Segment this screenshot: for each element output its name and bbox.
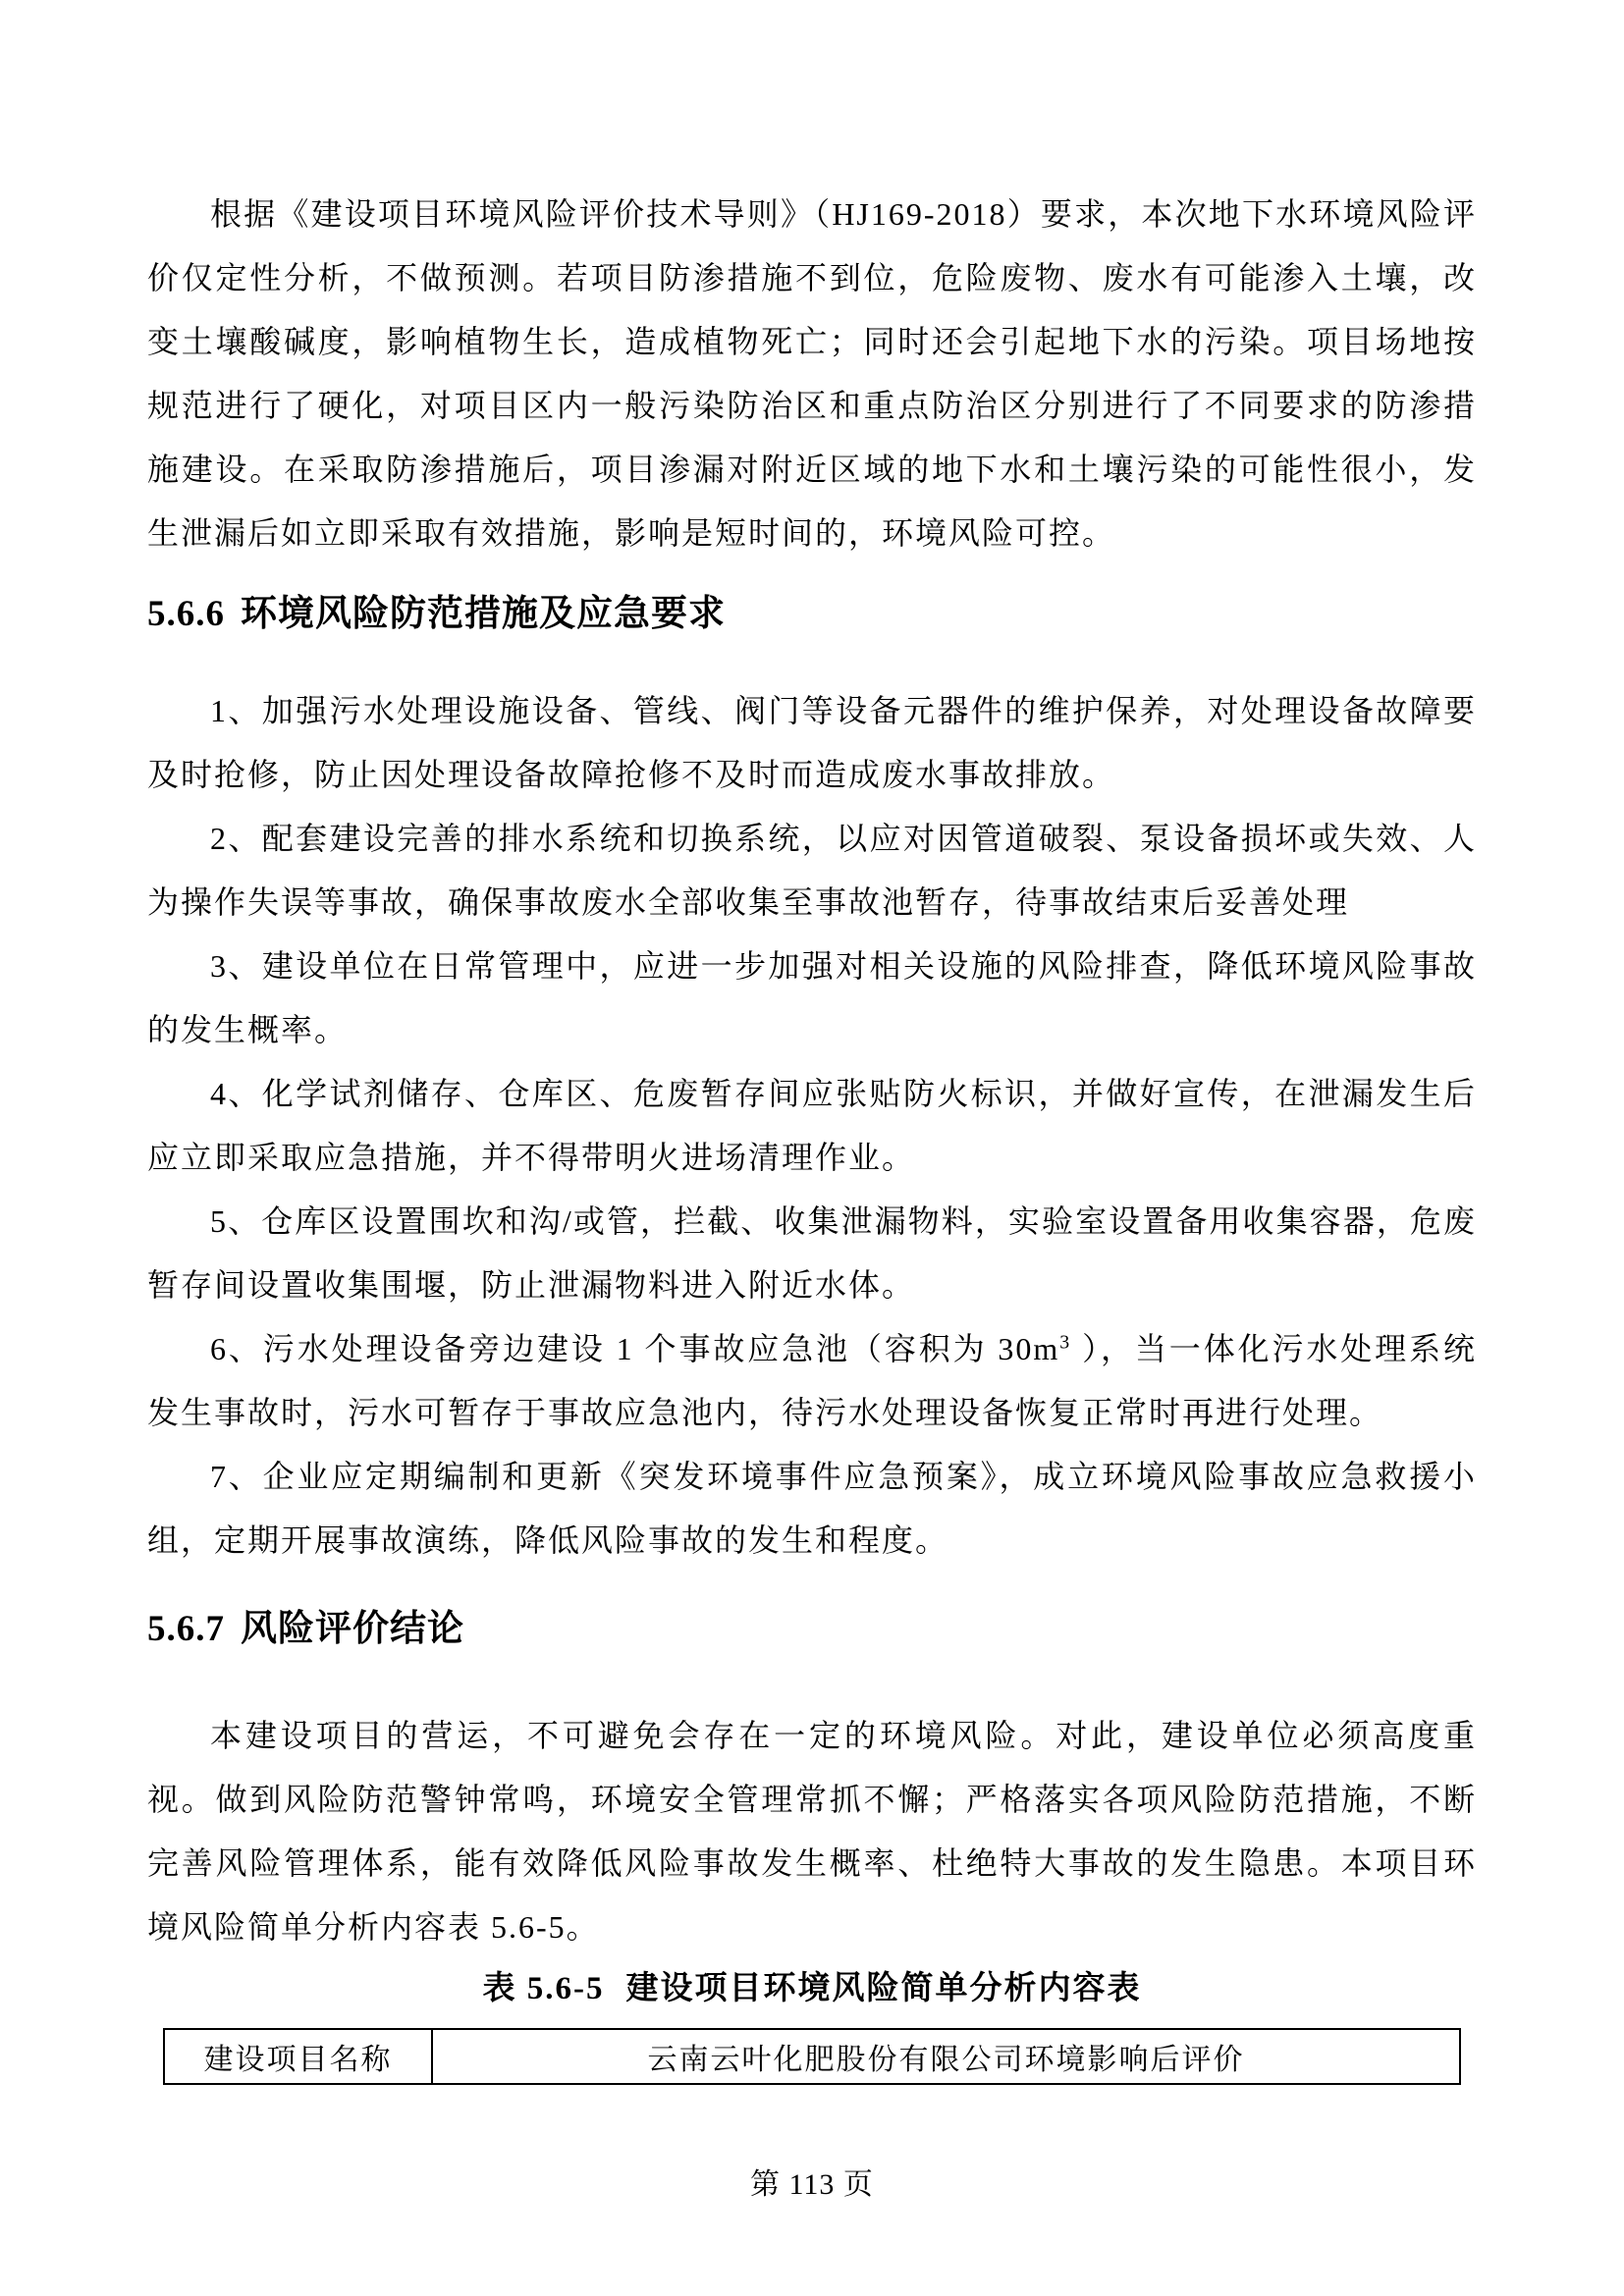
measure-item-1: 1、加强污水处理设施设备、管线、阀门等设备元器件的维护保养，对处理设备故障要及时… xyxy=(147,679,1477,807)
section-heading-5-6-7: 5.6.7风险评价结论 xyxy=(147,1608,1477,1651)
table-row-project-name: 建设项目名称 云南云叶化肥股份有限公司环境影响后评价 xyxy=(164,2029,1460,2084)
measure-item-7: 7、企业应定期编制和更新《突发环境事件应急预案》，成立环境风险事故应急救援小组，… xyxy=(147,1445,1477,1573)
document-page: 根据《建设项目环境风险评价技术导则》（HJ169-2018）要求，本次地下水环境… xyxy=(0,0,1624,2296)
intro-paragraph: 根据《建设项目环境风险评价技术导则》（HJ169-2018）要求，本次地下水环境… xyxy=(147,183,1477,565)
table-caption-title: 建设项目环境风险简单分析内容表 xyxy=(605,1971,1142,2006)
measure-item-4: 4、化学试剂储存、仓库区、危废暂存间应张贴防火标识，并做好宣传，在泄漏发生后应立… xyxy=(147,1062,1477,1190)
section-title-5-6-6: 环境风险防范措施及应急要求 xyxy=(241,594,726,634)
row-label-cell: 建设项目名称 xyxy=(164,2029,432,2084)
measure-item-5: 5、仓库区设置围坎和沟/或管，拦截、收集泄漏物料，实验室设置备用收集容器，危废暂… xyxy=(147,1190,1477,1317)
row-value-cell: 云南云叶化肥股份有限公司环境影响后评价 xyxy=(432,2029,1460,2084)
section-number-5-6-7: 5.6.7 xyxy=(147,1609,225,1649)
table-caption-label: 表 5.6-5 xyxy=(483,1971,605,2006)
measure-item-3: 3、建设单位在日常管理中，应进一步加强对相关设施的风险排查，降低环境风险事故的发… xyxy=(147,934,1477,1062)
cubic-meter-superscript: 3 xyxy=(1059,1331,1071,1353)
conclusion-paragraph: 本建设项目的营运，不可避免会存在一定的环境风险。对此，建设单位必须高度重视。做到… xyxy=(147,1704,1477,1959)
measure-item-6: 6、污水处理设备旁边建设 1 个事故应急池（容积为 30m3 ），当一体化污水处… xyxy=(147,1317,1477,1445)
measure-item-2: 2、配套建设完善的排水系统和切换系统，以应对因管道破裂、泵设备损坏或失效、人为操… xyxy=(147,807,1477,934)
page-number: 第 113 页 xyxy=(147,2163,1477,2207)
risk-analysis-table: 建设项目名称 云南云叶化肥股份有限公司环境影响后评价 xyxy=(163,2028,1461,2085)
section-title-5-6-7: 风险评价结论 xyxy=(241,1609,464,1649)
section-number-5-6-6: 5.6.6 xyxy=(147,594,225,634)
table-caption: 表 5.6-5建设项目环境风险简单分析内容表 xyxy=(147,1967,1477,2010)
section-heading-5-6-6: 5.6.6环境风险防范措施及应急要求 xyxy=(147,593,1477,636)
measure-item-6-text: 6、污水处理设备旁边建设 1 个事故应急池（容积为 30m xyxy=(210,1331,1059,1366)
